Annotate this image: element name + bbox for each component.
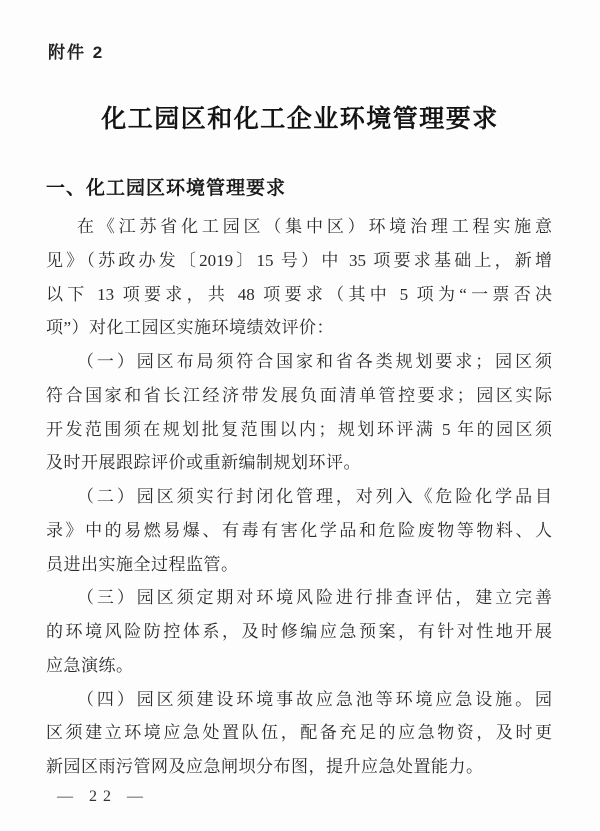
text-line: 开发范围须在规划批复范围以内；规划环评满 5 年的园区须 <box>46 413 552 447</box>
text-line: 区须建立环境应急处置队伍，配备充足的应急物资，及时更 <box>46 716 552 750</box>
text-line: 应急演练。 <box>46 649 552 683</box>
attachment-label: 附件 2 <box>48 38 104 63</box>
text-line: 员进出实施全过程监管。 <box>46 548 552 582</box>
document-page: 附件 2 化工园区和化工企业环境管理要求 一、化工园区环境管理要求 在《江苏省化… <box>0 0 600 831</box>
text-line: 新园区雨污管网及应急闸坝分布图，提升应急处置能力。 <box>46 750 552 784</box>
text-line: 项”）对化工园区实施环境绩效评价： <box>46 311 552 345</box>
text-line: 的环境风险防控体系，及时修编应急预案，有针对性地开展 <box>46 615 552 649</box>
text-line: （四）园区须建设环境事故应急池等环境应急设施。园 <box>46 683 552 717</box>
text-line: 及时开展跟踪评价或重新编制规划环评。 <box>46 446 552 480</box>
text-line: （二）园区须实行封闭化管理，对列入《危险化学品目 <box>46 480 552 514</box>
text-line: 见》（苏政办发〔2019〕15 号）中 35 项要求基础上，新增 <box>46 244 552 278</box>
document-body: 在《江苏省化工园区（集中区）环境治理工程实施意 见》（苏政办发〔2019〕15 … <box>46 210 552 784</box>
footer-page-number: — 22 — <box>57 788 149 806</box>
text-line: （三）园区须定期对环境风险进行排查评估，建立完善 <box>46 581 552 615</box>
text-line: （一）园区布局须符合国家和省各类规划要求；园区须 <box>46 345 552 379</box>
text-line: 符合国家和省长江经济带发展负面清单管控要求；园区实际 <box>46 379 552 413</box>
document-title: 化工园区和化工企业环境管理要求 <box>0 99 600 135</box>
text-line: 以下 13 项要求，共 48 项要求（其中 5 项为“一票否决 <box>46 278 552 312</box>
section-heading: 一、化工园区环境管理要求 <box>46 173 286 200</box>
text-line: 录》中的易燃易爆、有毒有害化学品和危险废物等物料、人 <box>46 514 552 548</box>
text-line: 在《江苏省化工园区（集中区）环境治理工程实施意 <box>46 210 552 244</box>
